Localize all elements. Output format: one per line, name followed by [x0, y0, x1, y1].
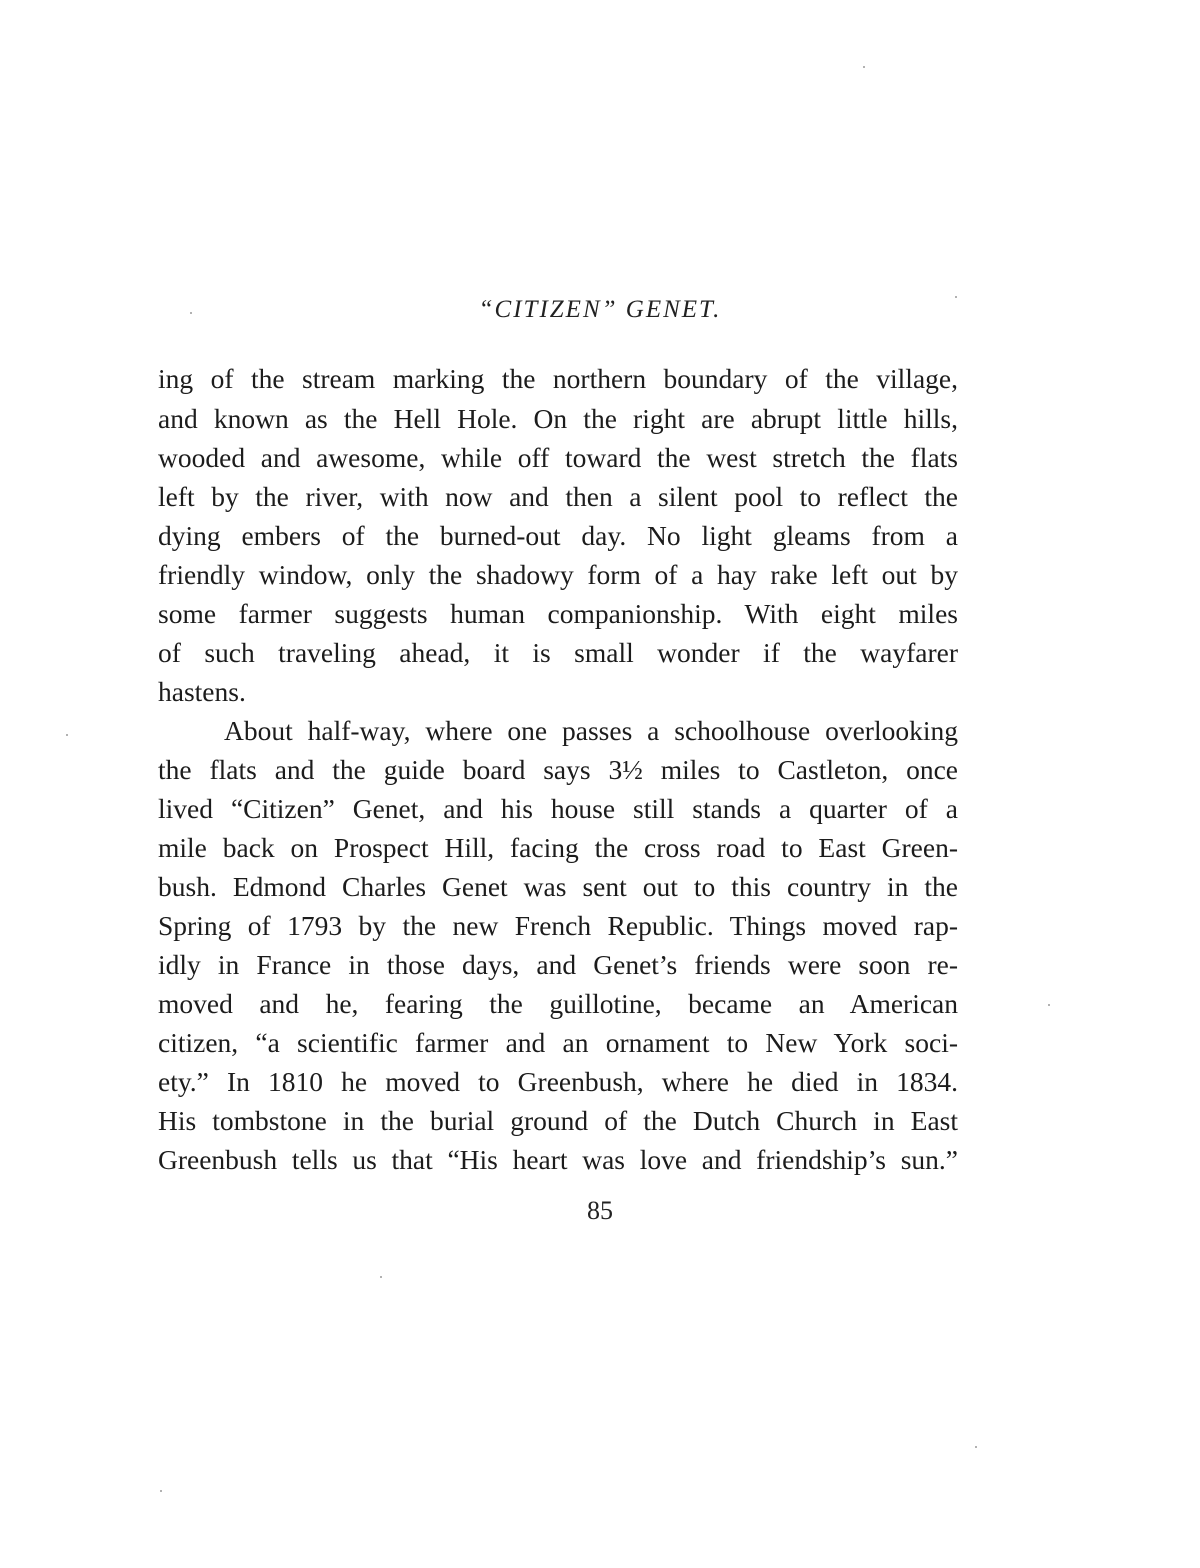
- scan-speck: [955, 296, 957, 298]
- paragraph-2-line-11: His tombstone in the burial ground of th…: [158, 1102, 958, 1140]
- paragraph-2-line-8: moved and he, fearing the guillotine, be…: [158, 985, 958, 1023]
- paragraph-1-line-3: wooded and awesome, while off toward the…: [158, 439, 958, 477]
- book-page: “CITIZEN” GENET. ing of the stream marki…: [0, 0, 1200, 1568]
- paragraph-2-line-10: ety.” In 1810 he moved to Greenbush, whe…: [158, 1063, 958, 1101]
- scan-speck: [66, 734, 68, 736]
- paragraph-1-line-1: ing of the stream marking the northern b…: [158, 360, 958, 398]
- paragraph-2-line-6: Spring of 1793 by the new French Republi…: [158, 907, 958, 945]
- paragraph-2-line-1: About half-way, where one passes a schoo…: [224, 712, 958, 750]
- scan-speck: [1048, 1004, 1050, 1006]
- paragraph-1-line-8: of such traveling ahead, it is small won…: [158, 634, 958, 672]
- paragraph-2-line-3: lived “Citizen” Genet, and his house sti…: [158, 790, 958, 828]
- paragraph-1-line-4: left by the river, with now and then a s…: [158, 478, 958, 516]
- paragraph-2-line-9: citizen, “a scientific farmer and an orn…: [158, 1024, 958, 1062]
- paragraph-1-line-7: some farmer suggests human companionship…: [158, 595, 958, 633]
- scan-speck: [160, 1490, 162, 1492]
- running-head: “CITIZEN” GENET.: [0, 296, 1200, 324]
- page-number: 85: [0, 1196, 1200, 1226]
- scan-speck: [190, 312, 192, 314]
- paragraph-2-line-5: bush. Edmond Charles Genet was sent out …: [158, 868, 958, 906]
- paragraph-1-line-5: dying embers of the burned-out day. No l…: [158, 517, 958, 555]
- paragraph-1-line-6: friendly window, only the shadowy form o…: [158, 556, 958, 594]
- scan-speck: [380, 1276, 382, 1278]
- paragraph-2-line-2: the flats and the guide board says 3½ mi…: [158, 751, 958, 789]
- paragraph-2-line-4: mile back on Prospect Hill, facing the c…: [158, 829, 958, 867]
- paragraph-1-line-9: hastens.: [158, 673, 958, 711]
- paragraph-2-line-7: idly in France in those days, and Genet’…: [158, 946, 958, 984]
- scan-speck: [863, 66, 865, 68]
- paragraph-2-line-12: Greenbush tells us that “His heart was l…: [158, 1141, 958, 1179]
- scan-speck: [975, 1446, 977, 1448]
- paragraph-1-line-2: and known as the Hell Hole. On the right…: [158, 400, 958, 438]
